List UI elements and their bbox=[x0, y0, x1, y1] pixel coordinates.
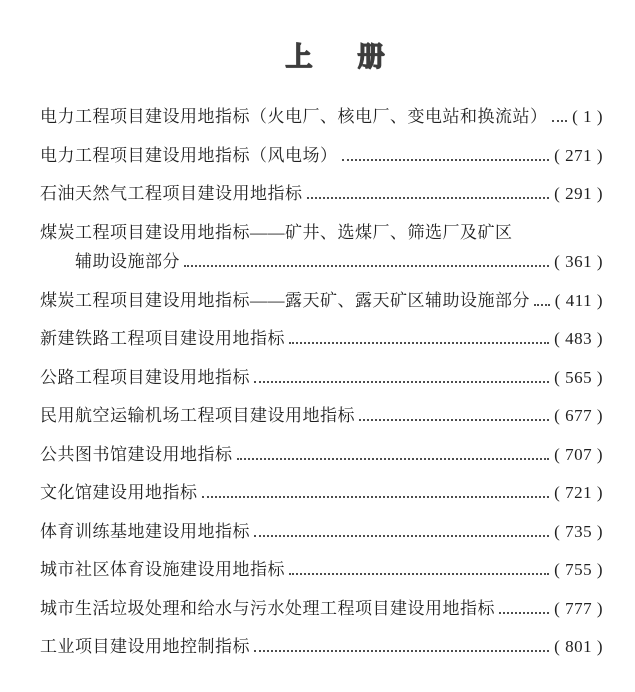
toc-entry: 公路工程项目建设用地指标 ( 565 ) bbox=[40, 369, 603, 386]
toc-entry: 电力工程项目建设用地指标（风电场） ( 271 ) bbox=[40, 147, 603, 164]
page-number: ( 755 ) bbox=[554, 561, 603, 578]
toc-entry: 体育训练基地建设用地指标 ( 735 ) bbox=[40, 523, 603, 540]
toc-entry: 工业项目建设用地控制指标 ( 801 ) bbox=[40, 638, 603, 655]
toc-entry: 煤炭工程项目建设用地指标——矿井、选煤厂、筛选厂及矿区 bbox=[40, 224, 603, 241]
page-number: ( 707 ) bbox=[554, 446, 603, 463]
dotted-leader bbox=[237, 457, 550, 460]
toc-entry-text: 辅助设施部分 bbox=[40, 253, 180, 270]
toc-entry-text: 城市生活垃圾处理和给水与污水处理工程项目建设用地指标 bbox=[40, 600, 495, 617]
dotted-leader bbox=[552, 119, 568, 122]
toc-entry-text: 公路工程项目建设用地指标 bbox=[40, 369, 250, 386]
toc-entry-text: 体育训练基地建设用地指标 bbox=[40, 523, 250, 540]
page-number: ( 1 ) bbox=[572, 108, 603, 125]
toc-entry: 城市社区体育设施建设用地指标 ( 755 ) bbox=[40, 561, 603, 578]
toc-entry-text: 石油天然气工程项目建设用地指标 bbox=[40, 185, 303, 202]
dotted-leader bbox=[289, 572, 549, 575]
page-number: ( 361 ) bbox=[554, 253, 603, 270]
toc-entry: 辅助设施部分 ( 361 ) bbox=[40, 253, 603, 270]
toc-entry: 新建铁路工程项目建设用地指标 ( 483 ) bbox=[40, 330, 603, 347]
dotted-leader bbox=[342, 158, 550, 161]
toc-entry-text: 工业项目建设用地控制指标 bbox=[40, 638, 250, 655]
page-number: ( 801 ) bbox=[554, 638, 603, 655]
toc-entry-text: 煤炭工程项目建设用地指标——矿井、选煤厂、筛选厂及矿区 bbox=[40, 224, 513, 241]
dotted-leader bbox=[289, 341, 549, 344]
toc-list: 电力工程项目建设用地指标（火电厂、核电厂、变电站和换流站） ( 1 ) 电力工程… bbox=[40, 108, 603, 655]
volume-title-char-1: 上 bbox=[286, 40, 314, 74]
dotted-leader bbox=[184, 264, 549, 267]
dotted-leader bbox=[254, 649, 549, 652]
toc-entry: 城市生活垃圾处理和给水与污水处理工程项目建设用地指标 ( 777 ) bbox=[40, 600, 603, 617]
volume-title: 上 册 bbox=[54, 40, 617, 74]
dotted-leader bbox=[499, 611, 549, 614]
toc-entry-text: 城市社区体育设施建设用地指标 bbox=[40, 561, 285, 578]
dotted-leader bbox=[254, 534, 549, 537]
page-number: ( 565 ) bbox=[554, 369, 603, 386]
toc-entry: 煤炭工程项目建设用地指标——露天矿、露天矿区辅助设施部分 ( 411 ) bbox=[40, 292, 603, 309]
page-number: ( 677 ) bbox=[554, 407, 603, 424]
page-number: ( 735 ) bbox=[554, 523, 603, 540]
dotted-leader bbox=[254, 380, 549, 383]
toc-entry-text: 文化馆建设用地指标 bbox=[40, 484, 198, 501]
toc-entry: 民用航空运输机场工程项目建设用地指标 ( 677 ) bbox=[40, 407, 603, 424]
toc-entry: 石油天然气工程项目建设用地指标 ( 291 ) bbox=[40, 185, 603, 202]
dotted-leader bbox=[307, 196, 550, 199]
page-number: ( 291 ) bbox=[554, 185, 603, 202]
dotted-leader bbox=[534, 303, 550, 306]
toc-page: 上 册 电力工程项目建设用地指标（火电厂、核电厂、变电站和换流站） ( 1 ) … bbox=[0, 0, 635, 692]
dotted-leader bbox=[359, 418, 549, 421]
page-number: ( 271 ) bbox=[554, 147, 603, 164]
toc-entry: 文化馆建设用地指标 ( 721 ) bbox=[40, 484, 603, 501]
toc-entry-text: 民用航空运输机场工程项目建设用地指标 bbox=[40, 407, 355, 424]
toc-entry-text: 电力工程项目建设用地指标（火电厂、核电厂、变电站和换流站） bbox=[40, 108, 548, 125]
page-number: ( 411 ) bbox=[555, 292, 603, 309]
page-number: ( 721 ) bbox=[554, 484, 603, 501]
page-number: ( 777 ) bbox=[554, 600, 603, 617]
toc-entry: 公共图书馆建设用地指标 ( 707 ) bbox=[40, 446, 603, 463]
dotted-leader bbox=[202, 495, 550, 498]
toc-entry-text: 新建铁路工程项目建设用地指标 bbox=[40, 330, 285, 347]
toc-entry-text: 公共图书馆建设用地指标 bbox=[40, 446, 233, 463]
toc-entry-text: 煤炭工程项目建设用地指标——露天矿、露天矿区辅助设施部分 bbox=[40, 292, 530, 309]
volume-title-char-2: 册 bbox=[358, 40, 386, 74]
toc-entry: 电力工程项目建设用地指标（火电厂、核电厂、变电站和换流站） ( 1 ) bbox=[40, 108, 603, 125]
toc-entry-text: 电力工程项目建设用地指标（风电场） bbox=[40, 147, 338, 164]
page-number: ( 483 ) bbox=[554, 330, 603, 347]
